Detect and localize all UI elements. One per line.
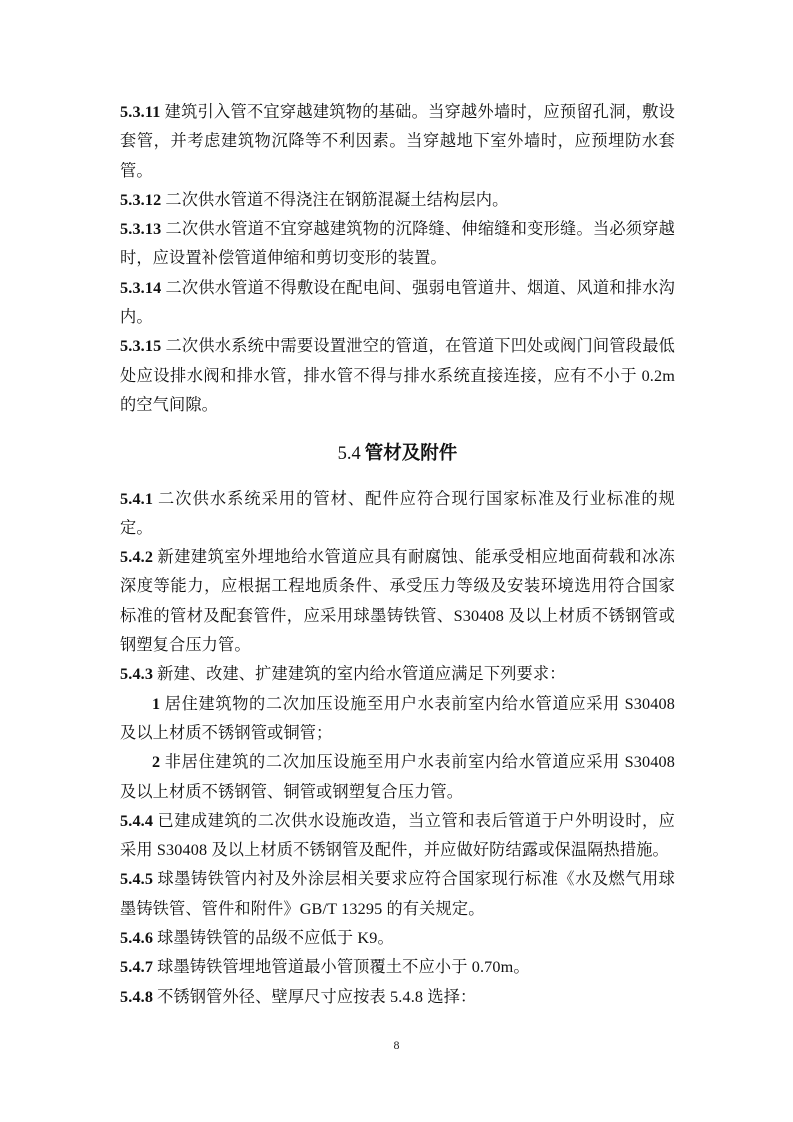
clause-number: 5.3.11 — [120, 103, 160, 121]
clause-number: 5.3.12 — [120, 191, 161, 209]
clause-number: 5.4.6 — [120, 929, 153, 947]
clause-text: 不锈钢管外径、壁厚尺寸应按表 5.4.8 选择： — [157, 988, 476, 1006]
clause-text: 新建、改建、扩建建筑的室内给水管道应满足下列要求： — [157, 665, 565, 683]
clause-5-3-14: 5.3.14二次供水管道不得敷设在配电间、强弱电管道井、烟道、风道和排水沟内。 — [120, 274, 675, 333]
item-number: 2 — [152, 753, 160, 771]
clause-number: 5.3.14 — [120, 279, 161, 297]
item-text: 非居住建筑的二次加压设施至用户水表前室内给水管道应采用 S30408 及以上材质… — [120, 753, 675, 800]
clause-text: 二次供水管道不得浇注在钢筋混凝土结构层内。 — [165, 191, 508, 209]
clause-5-4-4: 5.4.4已建成建筑的二次供水设施改造，当立管和表后管道于户外明设时，应采用 S… — [120, 807, 675, 866]
clause-text: 球墨铸铁管内衬及外涂层相关要求应符合国家现行标准《水及燃气用球墨铸铁管、管件和附… — [120, 870, 675, 917]
clause-5-3-11: 5.3.11建筑引入管不宜穿越建筑物的基础。当穿越外墙时，应预留孔洞，敷设套管，… — [120, 98, 675, 186]
clause-5-4-5: 5.4.5球墨铸铁管内衬及外涂层相关要求应符合国家现行标准《水及燃气用球墨铸铁管… — [120, 865, 675, 924]
clause-text: 已建成建筑的二次供水设施改造，当立管和表后管道于户外明设时，应采用 S30408… — [120, 812, 675, 859]
clause-number: 5.4.1 — [120, 490, 153, 508]
clause-number: 5.3.13 — [120, 220, 161, 238]
section-heading: 5.4管材及附件 — [120, 440, 675, 469]
clause-text: 建筑引入管不宜穿越建筑物的基础。当穿越外墙时，应预留孔洞，敷设套管，并考虑建筑物… — [120, 103, 675, 180]
clause-5-3-15: 5.3.15二次供水系统中需要设置泄空的管道，在管道下凹处或阀门间管段最低处应设… — [120, 332, 675, 420]
clause-number: 5.4.3 — [120, 665, 153, 683]
clause-number: 5.4.5 — [120, 870, 153, 888]
clause-5-4-2: 5.4.2新建建筑室外埋地给水管道应具有耐腐蚀、能承受相应地面荷载和冰冻深度等能… — [120, 543, 675, 660]
clause-5-4-6: 5.4.6球墨铸铁管的品级不应低于 K9。 — [120, 924, 675, 953]
clause-text: 二次供水系统中需要设置泄空的管道，在管道下凹处或阀门间管段最低处应设排水阀和排水… — [120, 337, 675, 414]
clause-text: 二次供水管道不宜穿越建筑物的沉降缝、伸缩缝和变形缝。当必须穿越时，应设置补偿管道… — [120, 220, 675, 267]
clause-text: 新建建筑室外埋地给水管道应具有耐腐蚀、能承受相应地面荷载和冰冻深度等能力，应根据… — [120, 548, 675, 654]
clause-text: 二次供水管道不得敷设在配电间、强弱电管道井、烟道、风道和排水沟内。 — [120, 279, 675, 326]
clause-number: 5.4.8 — [120, 988, 153, 1006]
clause-5-4-8: 5.4.8不锈钢管外径、壁厚尺寸应按表 5.4.8 选择： — [120, 983, 675, 1012]
clause-5-3-12: 5.3.12二次供水管道不得浇注在钢筋混凝土结构层内。 — [120, 186, 675, 215]
clause-number: 5.3.15 — [120, 337, 161, 355]
clause-5-3-13: 5.3.13二次供水管道不宜穿越建筑物的沉降缝、伸缩缝和变形缝。当必须穿越时，应… — [120, 215, 675, 274]
clause-number: 5.4.2 — [120, 548, 153, 566]
document-page: 5.3.11建筑引入管不宜穿越建筑物的基础。当穿越外墙时，应预留孔洞，敷设套管，… — [120, 98, 675, 1012]
clause-text: 球墨铸铁管埋地管道最小管顶覆土不应小于 0.70m。 — [157, 958, 530, 976]
clause-5-4-3: 5.4.3新建、改建、扩建建筑的室内给水管道应满足下列要求： — [120, 660, 675, 689]
item-number: 1 — [152, 695, 160, 713]
clause-5-4-1: 5.4.1二次供水系统采用的管材、配件应符合现行国家标准及行业标准的规定。 — [120, 485, 675, 544]
page-number: 8 — [0, 1038, 793, 1053]
item-text: 居住建筑物的二次加压设施至用户水表前室内给水管道应采用 S30408 及以上材质… — [120, 695, 675, 742]
sub-item-2: 2非居住建筑的二次加压设施至用户水表前室内给水管道应采用 S30408 及以上材… — [120, 748, 675, 807]
clause-number: 5.4.4 — [120, 812, 153, 830]
clause-text: 二次供水系统采用的管材、配件应符合现行国家标准及行业标准的规定。 — [120, 490, 675, 537]
clause-number: 5.4.7 — [120, 958, 153, 976]
sub-item-1: 1居住建筑物的二次加压设施至用户水表前室内给水管道应采用 S30408 及以上材… — [120, 690, 675, 749]
section-title-text: 管材及附件 — [365, 444, 458, 464]
clause-text: 球墨铸铁管的品级不应低于 K9。 — [157, 929, 394, 947]
clause-5-4-7: 5.4.7球墨铸铁管埋地管道最小管顶覆土不应小于 0.70m。 — [120, 953, 675, 982]
section-number: 5.4 — [338, 444, 361, 464]
